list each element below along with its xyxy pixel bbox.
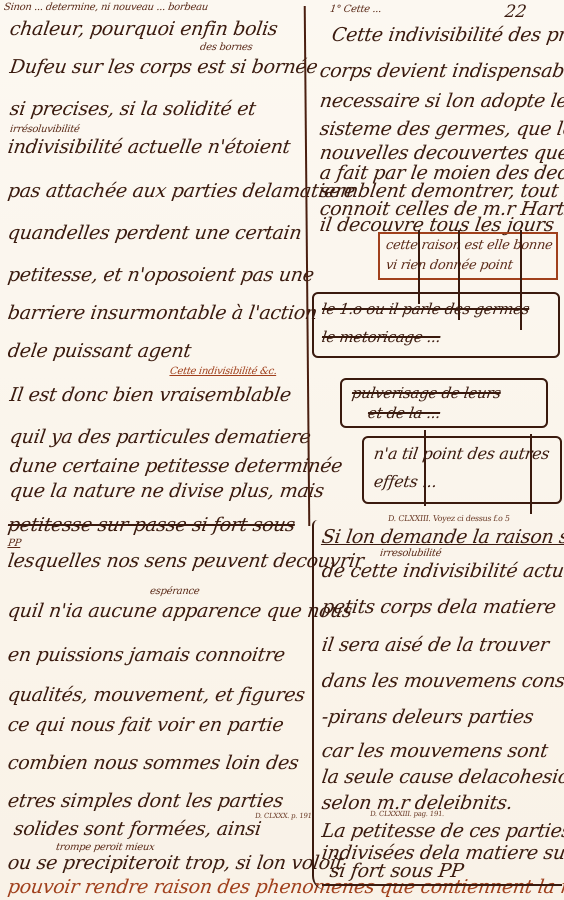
footnote-reference: D. CLXXXIII. pag. 191. [369,810,444,818]
text-line: 1° Cette ... [329,4,382,15]
text-line: ce qui nous fait voir en partie [6,714,284,736]
note-box-struck: le 1.o ou il parle des germes le metoric… [312,292,560,358]
text-line: indivisibilité actuelle n'étoient [6,136,291,158]
text-line: des bornes [199,42,253,53]
vertical-stroke [458,230,460,320]
text-line: petitesse, et n'oposoient pas une [6,264,315,286]
text-line: Dufeu sur les corps est si bornée [8,56,318,78]
text-line: combien nous sommes loin des [6,752,300,774]
text-line: etres simples dont les parties [6,790,284,812]
text-line: la seule cause delacohesion [320,766,564,788]
text-line: PP [7,538,21,549]
text-line: barriere insurmontable à l'action [6,302,318,324]
note-box-red: cette raison est elle bonne vi rien donn… [378,232,558,280]
vertical-stroke [530,434,532,514]
text-line: ou se precipiteroit trop, si lon voloit [6,852,344,874]
text-line: solides sont formées, ainsi [12,818,262,840]
text-line: si precises, si la solidité et [8,98,257,120]
text-line: dele puissant agent [6,340,192,362]
bottom-rule [322,884,562,886]
vertical-stroke [424,430,426,506]
text-line: necessaire si lon adopte le [318,90,564,112]
text-line: petits corps dela matiere [320,596,557,618]
note-box: n'a til point des autres effets ... [362,436,562,504]
text-line: dans les mouvemens cons- [320,670,564,692]
text-line: Sinon ... determine, ni nouveau ... borb… [3,2,208,13]
text-line: Si lon demande la raison suffisante [320,526,564,548]
vertical-stroke [520,230,522,330]
text-line: pas attachée aux parties delamatiere [6,180,356,202]
text-line: en puissions jamais connoitre [6,644,286,666]
text-line: Il est donc bien vraisemblable [8,384,292,406]
text-line: dune certaine petitesse determinée [8,455,343,477]
text-line: espérance [149,586,200,597]
text-line: pouvoir rendre raison des phenomenes que… [6,876,564,898]
text-line: si fort sous PP [328,860,464,882]
text-line: chaleur, pourquoi enfin bolis [8,18,278,40]
annotation: Cette indivisibilité &c. [169,366,277,377]
text-line: Cette indivisibilité des premiers [330,24,564,46]
page-number: 22 [504,2,528,22]
text-line: il sera aisé de la trouver [320,634,550,656]
footnote-reference: D. CLXXIII. Voyez ci dessus f.o 5 [387,514,510,523]
text-line: que la nature ne divise plus, mais [8,480,325,502]
text-line: irresolubilité [379,548,442,559]
text-line: irrésoluvibilité [9,124,80,135]
vertical-stroke [418,230,420,304]
manuscript-page: 22 Sinon ... determine, ni nouveau ... b… [0,0,564,900]
text-line: La petitesse de ces parties [320,820,564,842]
text-line: de cette indivisibilité actuelle des [320,560,564,582]
text-line: quil ya des particules dematiere [8,426,312,448]
text-line: corps devient indispensablement [318,60,564,82]
note-box-struck: pulverisage de leurs et de la ... [340,378,548,428]
text-line: sisteme des germes, que les [318,118,564,140]
text-line: car les mouvemens sont [320,740,549,762]
struck-line: petitesse sur passe si fort sous [6,514,296,536]
text-line: qualités, mouvement, et figures [6,684,306,706]
text-line: quil n'ia aucune apparence que nous [6,600,353,622]
text-line: -pirans deleurs parties [320,706,534,728]
margin-reference: D. CLXXX. p. 191 [254,812,312,820]
text-line: quandelles perdent une certain [6,222,302,244]
text-line: nouvelles decouvertes que lon [318,142,564,164]
